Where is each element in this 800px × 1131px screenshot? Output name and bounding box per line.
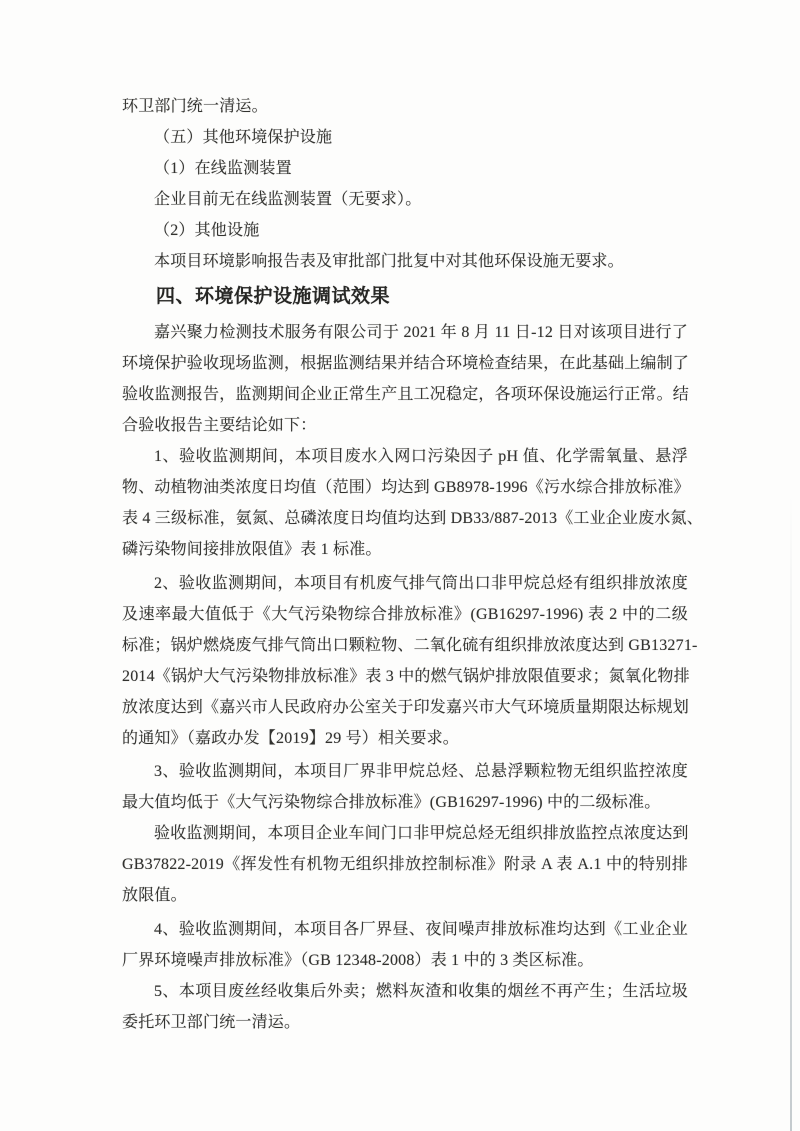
paragraph-conclusion-1-wastewater: 1、验收监测期间，本项目废水入网口污染因子 pH 值、化学需氧量、悬浮 物、动植…	[122, 441, 688, 565]
text-line: 本项目环境影响报告表及审批部门批复中对其他环保设施无要求。	[122, 246, 688, 277]
text-line: 表 4 三级标准，氨氮、总磷浓度日均值均达到 DB33/887-2013《工业企…	[122, 503, 688, 534]
paragraph-conclusion-5-solid-waste: 5、本项目废丝经收集后外卖；燃料灰渣和收集的烟丝不再产生；生活垃圾 委托环卫部门…	[122, 976, 688, 1038]
text-line: GB37822-2019《挥发性有机物无组织排放控制标准》附录 A 表 A.1 …	[122, 849, 688, 880]
text-line: 厂界环境噪声排放标准》（GB 12348-2008）表 1 中的 3 类区标准。	[122, 945, 688, 976]
subsection-5-other-facilities-heading: （五）其他环境保护设施	[122, 122, 688, 153]
text-line: 2、验收监测期间，本项目有机废气排气筒出口非甲烷总烃有组织排放浓度	[122, 568, 688, 599]
text-line: 放限值。	[122, 880, 688, 911]
paragraph-conclusion-3-fugitive: 3、验收监测期间，本项目厂界非甲烷总烃、总悬浮颗粒物无组织监控浓度 最大值均低于…	[122, 756, 688, 818]
text-line: 5、本项目废丝经收集后外卖；燃料灰渣和收集的烟丝不再产生；生活垃圾	[122, 976, 688, 1007]
text-line: 标准；锅炉燃烧废气排气筒出口颗粒物、二氧化硫有组织排放浓度达到 GB13271-	[122, 630, 688, 661]
text-line: 磷污染物间接排放限值》表 1 标准。	[122, 534, 688, 565]
text-line: 4、验收监测期间，本项目各厂界昼、夜间噪声排放标准均达到《工业企业	[122, 914, 688, 945]
text-line: （2）其他设施	[122, 215, 688, 246]
text-line: 验收监测期间，本项目企业车间门口非甲烷总烃无组织排放监控点浓度达到	[122, 818, 688, 849]
text-line: 环卫部门统一清运。	[122, 91, 688, 122]
paragraph-monitoring-overview: 嘉兴聚力检测技术服务有限公司于 2021 年 8 月 11 日-12 日对该项目…	[122, 317, 688, 441]
text-line: （五）其他环境保护设施	[122, 122, 688, 153]
section-heading: 四、环境保护设施调试效果	[122, 281, 688, 313]
text-line: 1、验收监测期间，本项目废水入网口污染因子 pH 值、化学需氧量、悬浮	[122, 441, 688, 472]
text-line: 委托环卫部门统一清运。	[122, 1007, 688, 1038]
section-4-heading-block: 四、环境保护设施调试效果	[122, 281, 688, 313]
item-1-online-monitoring-heading: （1）在线监测装置	[122, 153, 688, 184]
text-line: （1）在线监测装置	[122, 153, 688, 184]
paragraph-no-other-requirements: 本项目环境影响报告表及审批部门批复中对其他环保设施无要求。	[122, 246, 688, 277]
paragraph-cleanup-tail: 环卫部门统一清运。	[122, 91, 688, 122]
paragraph-conclusion-2-exhaust: 2、验收监测期间，本项目有机废气排气筒出口非甲烷总烃有组织排放浓度 及速率最大值…	[122, 568, 688, 754]
text-line: 2014《锅炉大气污染物排放标准》表 3 中的燃气锅炉排放限值要求；氮氧化物排	[122, 661, 688, 692]
paragraph-conclusion-4-noise: 4、验收监测期间，本项目各厂界昼、夜间噪声排放标准均达到《工业企业 厂界环境噪声…	[122, 914, 688, 976]
text-line: 嘉兴聚力检测技术服务有限公司于 2021 年 8 月 11 日-12 日对该项目…	[122, 317, 688, 348]
text-line: 最大值均低于《大气污染物综合排放标准》(GB16297-1996) 中的二级标准…	[122, 787, 688, 818]
text-line: 放浓度达到《嘉兴市人民政府办公室关于印发嘉兴市大气环境质量期限达标规划	[122, 692, 688, 723]
item-2-other-facilities-heading: （2）其他设施	[122, 215, 688, 246]
paragraph-conclusion-3-workshop: 验收监测期间，本项目企业车间门口非甲烷总烃无组织排放监控点浓度达到 GB3782…	[122, 818, 688, 911]
text-line: 物、动植物油类浓度日均值（范围）均达到 GB8978-1996《污水综合排放标准…	[122, 472, 688, 503]
scan-edge-artifact	[790, 495, 792, 1131]
scanned-document-page: 环卫部门统一清运。 （五）其他环境保护设施 （1）在线监测装置 企业目前无在线监…	[0, 0, 800, 1131]
text-line: 3、验收监测期间，本项目厂界非甲烷总烃、总悬浮颗粒物无组织监控浓度	[122, 756, 688, 787]
text-line: 及速率最大值低于《大气污染物综合排放标准》(GB16297-1996) 表 2 …	[122, 599, 688, 630]
text-line: 验收监测报告，监测期间企业正常生产且工况稳定，各项环保设施运行正常。结	[122, 379, 688, 410]
text-line: 企业目前无在线监测装置（无要求）。	[122, 184, 688, 215]
paragraph-no-online-monitoring: 企业目前无在线监测装置（无要求）。	[122, 184, 688, 215]
text-line: 环境保护验收现场监测，根据监测结果并结合环境检查结果，在此基础上编制了	[122, 348, 688, 379]
document-body: 环卫部门统一清运。 （五）其他环境保护设施 （1）在线监测装置 企业目前无在线监…	[122, 91, 688, 1038]
text-line: 的通知》（嘉政办发【2019】29 号）相关要求。	[122, 723, 688, 754]
text-line: 合验收报告主要结论如下：	[122, 410, 688, 441]
